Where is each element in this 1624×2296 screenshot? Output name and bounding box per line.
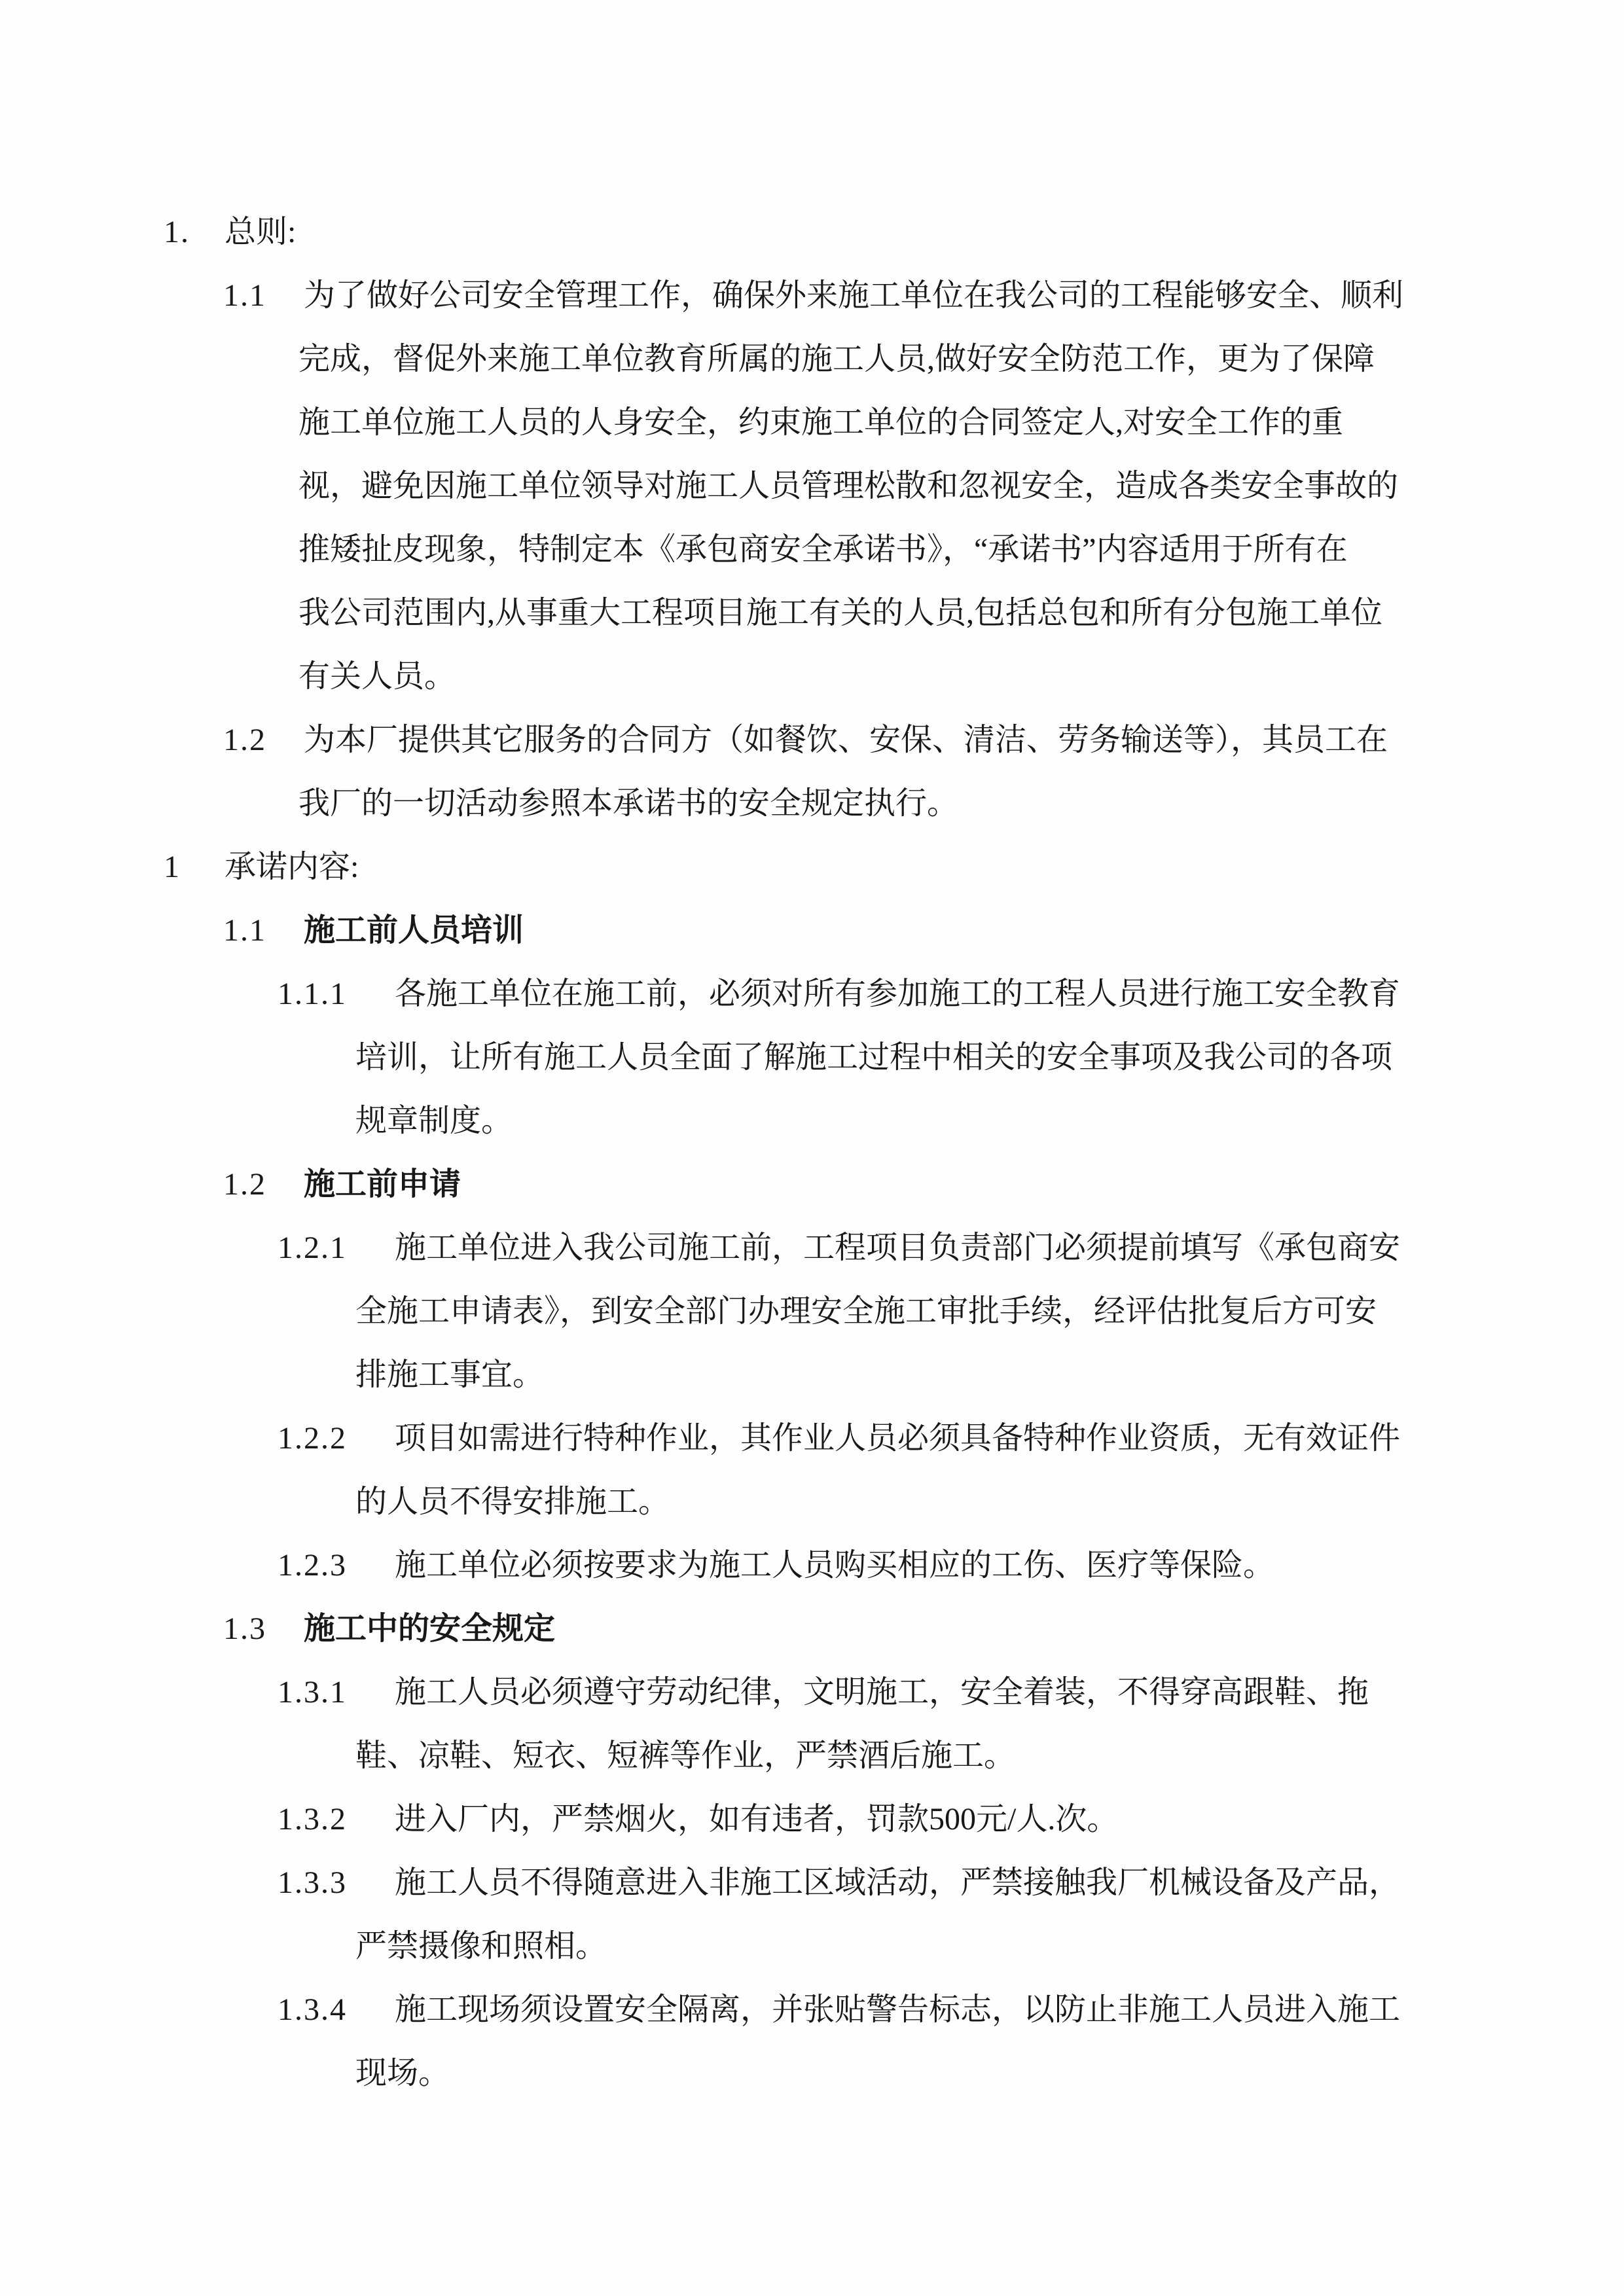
heading-pre-construction-application: 1.2 施工前申请 [0,1153,1624,1216]
text-line: 视，避免因施工单位领导对施工人员管理松散和忽视安全，造成各类安全事故的 [298,454,1624,518]
clause-1-1-1: 1.1.1 各施工单位在施工前，必须对所有参加施工的工程人员进行施工安全教育 培… [0,962,1624,1153]
text-line: 进入厂内，严禁烟火，如有违者，罚款500元/人.次。 [355,1787,1624,1851]
item-number: 1.3.1 [278,1660,347,1724]
text-line: 施工人员必须遵守劳动纪律，文明施工，安全着装，不得穿高跟鞋、拖 [355,1660,1624,1724]
text-line: 施工单位进入我公司施工前，工程项目负责部门必须提前填写《承包商安 [355,1216,1624,1280]
heading-pre-construction-training: 1.1 施工前人员培训 [0,899,1624,962]
text-line: 总则: [225,200,1624,264]
text-line: 施工现场须设置安全隔离，并张贴警告标志，以防止非施工人员进入施工 [355,1978,1624,2041]
text-line: 为了做好公司安全管理工作，确保外来施工单位在我公司的工程能够安全、顺利 [298,264,1624,327]
text-line: 完成，督促外来施工单位教育所属的施工人员,做好安全防范工作，更为了保障 [298,327,1624,391]
item-text: 施工现场须设置安全隔离，并张贴警告标志，以防止非施工人员进入施工 现场。 [355,1978,1624,2105]
text-line: 各施工单位在施工前，必须对所有参加施工的工程人员进行施工安全教育 [355,962,1624,1026]
item-text: 为本厂提供其它服务的合同方（如餐饮、安保、清洁、劳务输送等），其员工在 我厂的一… [298,708,1624,835]
text-line: 鞋、凉鞋、短衣、短裤等作业，严禁酒后施工。 [355,1724,1624,1787]
item-number: 1.1 [223,264,266,327]
item-text: 施工前申请 [298,1153,1624,1216]
item-number: 1.1.1 [278,962,347,1026]
text-line: 推矮扯皮现象，特制定本《承包商安全承诺书》，“承诺书”内容适用于所有在 [298,518,1624,581]
item-number: 1. [164,200,190,264]
text-line: 施工前人员培训 [298,899,1624,962]
clause-1-2: 1.2 为本厂提供其它服务的合同方（如餐饮、安保、清洁、劳务输送等），其员工在 … [0,708,1624,835]
item-text: 项目如需进行特种作业，其作业人员必须具备特种作业资质，无有效证件 的人员不得安排… [355,1407,1624,1534]
text-line: 施工单位施工人员的人身安全，约束施工单位的合同签定人,对安全工作的重 [298,391,1624,454]
item-number: 1 [164,835,181,899]
item-text: 施工中的安全规定 [298,1597,1624,1660]
text-line: 排施工事宜。 [355,1343,1624,1407]
text-line: 承诺内容: [225,835,1624,899]
item-number: 1.3 [223,1597,266,1660]
text-line: 严禁摄像和照相。 [355,1914,1624,1978]
text-line: 施工前申请 [298,1153,1624,1216]
text-line: 培训，让所有施工人员全面了解施工过程中相关的安全事项及我公司的各项 [355,1026,1624,1089]
text-line: 施工人员不得随意进入非施工区域活动，严禁接触我厂机械设备及产品， [355,1851,1624,1914]
text-line: 我厂的一切活动参照本承诺书的安全规定执行。 [298,772,1624,835]
text-line: 全施工申请表》，到安全部门办理安全施工审批手续，经评估批复后方可安 [355,1280,1624,1343]
item-text: 进入厂内，严禁烟火，如有违者，罚款500元/人.次。 [355,1787,1624,1851]
item-text: 施工单位进入我公司施工前，工程项目负责部门必须提前填写《承包商安 全施工申请表》… [355,1216,1624,1407]
clause-1-3-3: 1.3.3 施工人员不得随意进入非施工区域活动，严禁接触我厂机械设备及产品， 严… [0,1851,1624,1978]
clause-1-3-2: 1.3.2 进入厂内，严禁烟火，如有违者，罚款500元/人.次。 [0,1787,1624,1851]
heading-safety-rules-during-construction: 1.3 施工中的安全规定 [0,1597,1624,1660]
item-text: 各施工单位在施工前，必须对所有参加施工的工程人员进行施工安全教育 培训，让所有施… [355,962,1624,1153]
document-page: 1. 总则: 1.1 为了做好公司安全管理工作，确保外来施工单位在我公司的工程能… [0,0,1624,2296]
item-general-rules: 1. 总则: [0,200,1624,264]
item-number: 1.3.2 [278,1787,347,1851]
text-line: 为本厂提供其它服务的合同方（如餐饮、安保、清洁、劳务输送等），其员工在 [298,708,1624,772]
item-number: 1.2.1 [278,1216,347,1280]
item-text: 承诺内容: [225,835,1624,899]
item-number: 1.1 [223,899,266,962]
item-number: 1.3.3 [278,1851,347,1914]
item-text: 施工人员必须遵守劳动纪律，文明施工，安全着装，不得穿高跟鞋、拖 鞋、凉鞋、短衣、… [355,1660,1624,1787]
item-number: 1.2.3 [278,1534,347,1597]
item-number: 1.2 [223,1153,266,1216]
item-text: 施工人员不得随意进入非施工区域活动，严禁接触我厂机械设备及产品， 严禁摄像和照相… [355,1851,1624,1978]
clause-1-3-1: 1.3.1 施工人员必须遵守劳动纪律，文明施工，安全着装，不得穿高跟鞋、拖 鞋、… [0,1660,1624,1787]
text-line: 项目如需进行特种作业，其作业人员必须具备特种作业资质，无有效证件 [355,1407,1624,1470]
text-line: 规章制度。 [355,1089,1624,1153]
item-text: 施工前人员培训 [298,899,1624,962]
clause-1-2-3: 1.2.3 施工单位必须按要求为施工人员购买相应的工伤、医疗等保险。 [0,1534,1624,1597]
document-body: 1. 总则: 1.1 为了做好公司安全管理工作，确保外来施工单位在我公司的工程能… [0,200,1624,2105]
item-text: 总则: [225,200,1624,264]
text-line: 现场。 [355,2041,1624,2105]
text-line: 有关人员。 [298,645,1624,708]
text-line: 施工中的安全规定 [298,1597,1624,1660]
item-text: 为了做好公司安全管理工作，确保外来施工单位在我公司的工程能够安全、顺利 完成，督… [298,264,1624,708]
text-line: 我公司范围内,从事重大工程项目施工有关的人员,包括总包和所有分包施工单位 [298,581,1624,645]
clause-1-3-4: 1.3.4 施工现场须设置安全隔离，并张贴警告标志，以防止非施工人员进入施工 现… [0,1978,1624,2105]
clause-1-2-1: 1.2.1 施工单位进入我公司施工前，工程项目负责部门必须提前填写《承包商安 全… [0,1216,1624,1407]
clause-1-2-2: 1.2.2 项目如需进行特种作业，其作业人员必须具备特种作业资质，无有效证件 的… [0,1407,1624,1534]
item-commitment-content: 1 承诺内容: [0,835,1624,899]
text-line: 施工单位必须按要求为施工人员购买相应的工伤、医疗等保险。 [355,1534,1624,1597]
item-text: 施工单位必须按要求为施工人员购买相应的工伤、医疗等保险。 [355,1534,1624,1597]
clause-1-1: 1.1 为了做好公司安全管理工作，确保外来施工单位在我公司的工程能够安全、顺利 … [0,264,1624,708]
text-line: 的人员不得安排施工。 [355,1470,1624,1534]
item-number: 1.2 [223,708,266,772]
item-number: 1.2.2 [278,1407,347,1470]
item-number: 1.3.4 [278,1978,347,2041]
